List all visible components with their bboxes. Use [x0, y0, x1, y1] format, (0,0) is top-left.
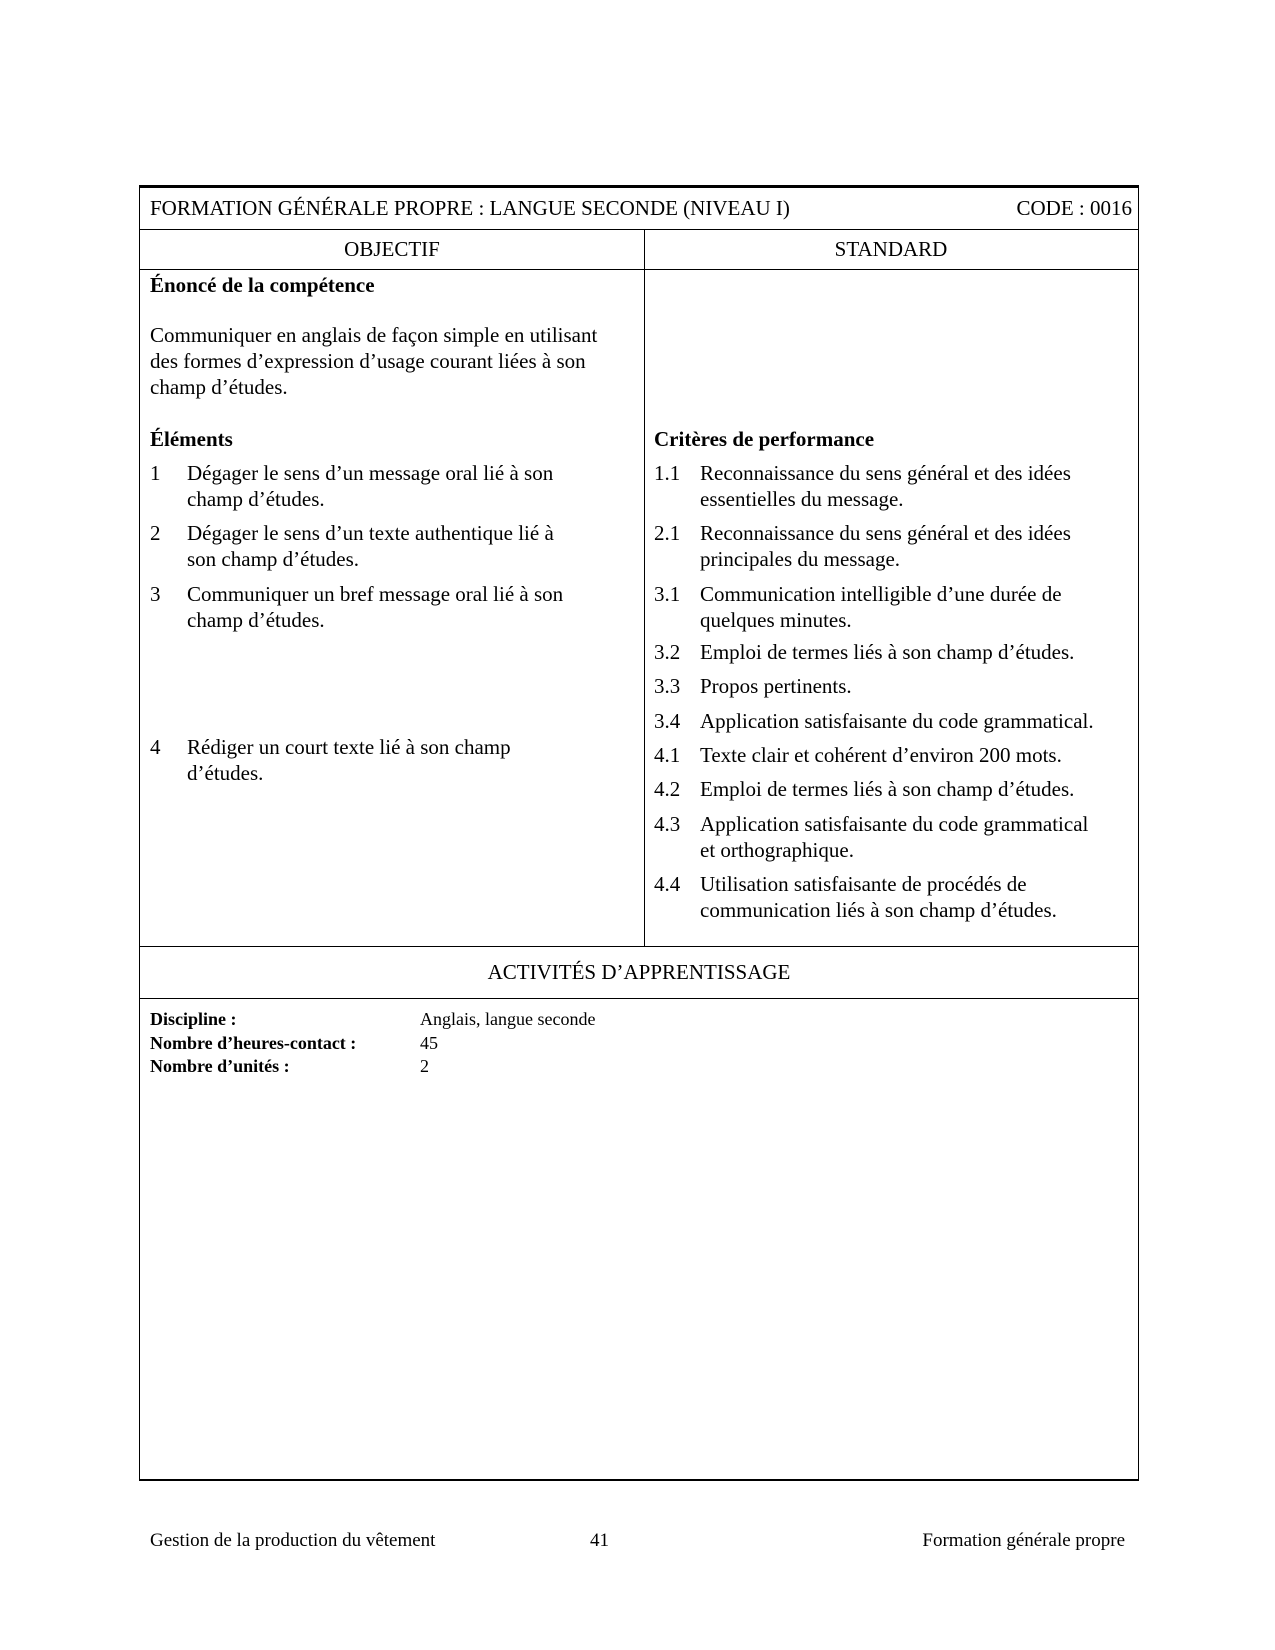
footer-right: Formation générale propre	[922, 1530, 1125, 1552]
criterion-item-line: Communication intelligible d’une durée d…	[700, 581, 1062, 607]
criterion-item-number: 3.3	[654, 673, 680, 699]
criterion-item-number: 3.2	[654, 639, 680, 665]
element-item-line: son champ d’études.	[187, 546, 554, 572]
criterion-item-number: 2.1	[654, 520, 680, 546]
criterion-item-text: Emploi de termes liés à son champ d’étud…	[700, 639, 1074, 665]
criteria-heading: Critères de performance	[654, 426, 874, 452]
criterion-item-line: principales du message.	[700, 546, 1071, 572]
divider	[140, 946, 1138, 947]
criterion-item-text: Application satisfaisante du code gramma…	[700, 811, 1088, 863]
criterion-item-line: Utilisation satisfaisante de procédés de	[700, 871, 1057, 897]
title-row: FORMATION GÉNÉRALE PROPRE : LANGUE SECON…	[140, 188, 1138, 230]
criterion-item-number: 4.3	[654, 811, 680, 837]
column-headers: OBJECTIF STANDARD	[140, 229, 1138, 270]
criterion-item-text: Utilisation satisfaisante de procédés de…	[700, 871, 1057, 923]
criterion-item-line: Propos pertinents.	[700, 673, 852, 699]
info-value: Anglais, langue seconde	[420, 1008, 595, 1032]
criterion-item-text: Emploi de termes liés à son champ d’étud…	[700, 776, 1074, 802]
element-item-text: Dégager le sens d’un texte authentique l…	[187, 520, 554, 572]
element-item-number: 4	[150, 734, 161, 760]
competence-statement: Communiquer en anglais de façon simple e…	[150, 322, 597, 400]
criterion-item-line: Application satisfaisante du code gramma…	[700, 811, 1088, 837]
criterion-item-line: Emploi de termes liés à son champ d’étud…	[700, 776, 1074, 802]
element-item-line: Dégager le sens d’un texte authentique l…	[187, 520, 554, 546]
element-item-line: Communiquer un bref message oral lié à s…	[187, 581, 563, 607]
element-item-number: 1	[150, 460, 161, 486]
element-item-text: Rédiger un court texte lié à son champd’…	[187, 734, 511, 786]
criterion-item-number: 4.2	[654, 776, 680, 802]
criterion-item-number: 4.4	[654, 871, 680, 897]
competence-line: champ d’études.	[150, 374, 597, 400]
table-title: FORMATION GÉNÉRALE PROPRE : LANGUE SECON…	[150, 196, 790, 221]
info-value: 2	[420, 1055, 429, 1079]
competence-heading: Énoncé de la compétence	[150, 272, 375, 298]
element-item-line: champ d’études.	[187, 607, 563, 633]
criterion-item-text: Texte clair et cohérent d’environ 200 mo…	[700, 742, 1062, 768]
criterion-item-number: 4.1	[654, 742, 680, 768]
competence-line: Communiquer en anglais de façon simple e…	[150, 322, 597, 348]
element-item-line: Rédiger un court texte lié à son champ	[187, 734, 511, 760]
column-header-standard: STANDARD	[644, 237, 1138, 262]
element-item-line: d’études.	[187, 760, 511, 786]
criterion-item-text: Application satisfaisante du code gramma…	[700, 708, 1094, 734]
criterion-item-line: et orthographique.	[700, 837, 1088, 863]
course-code: CODE : 0016	[1017, 196, 1133, 221]
criterion-item-line: Texte clair et cohérent d’environ 200 mo…	[700, 742, 1062, 768]
element-item-line: champ d’études.	[187, 486, 553, 512]
competence-line: des formes d’expression d’usage courant …	[150, 348, 597, 374]
element-item-line: Dégager le sens d’un message oral lié à …	[187, 460, 553, 486]
criterion-item-text: Reconnaissance du sens général et des id…	[700, 520, 1071, 572]
info-value: 45	[420, 1032, 438, 1056]
page-number: 41	[590, 1530, 609, 1552]
criterion-item-line: communication liés à son champ d’études.	[700, 897, 1057, 923]
element-item-text: Dégager le sens d’un message oral lié à …	[187, 460, 553, 512]
divider	[140, 998, 1138, 999]
column-header-objectif: OBJECTIF	[140, 237, 644, 262]
competency-table: FORMATION GÉNÉRALE PROPRE : LANGUE SECON…	[139, 185, 1139, 1481]
criterion-item-text: Propos pertinents.	[700, 673, 852, 699]
criterion-item-line: Reconnaissance du sens général et des id…	[700, 460, 1071, 486]
criterion-item-line: Reconnaissance du sens général et des id…	[700, 520, 1071, 546]
element-item-text: Communiquer un bref message oral lié à s…	[187, 581, 563, 633]
criterion-item-number: 1.1	[654, 460, 680, 486]
element-item-number: 2	[150, 520, 161, 546]
activities-title: ACTIVITÉS D’APPRENTISSAGE	[140, 960, 1138, 985]
info-label: Nombre d’heures-contact :	[150, 1032, 356, 1056]
elements-heading: Éléments	[150, 426, 233, 452]
info-label: Discipline :	[150, 1008, 237, 1032]
footer-left: Gestion de la production du vêtement	[150, 1530, 435, 1552]
criterion-item-line: Emploi de termes liés à son champ d’étud…	[700, 639, 1074, 665]
element-item-number: 3	[150, 581, 161, 607]
criterion-item-line: Application satisfaisante du code gramma…	[700, 708, 1094, 734]
criterion-item-number: 3.1	[654, 581, 680, 607]
criterion-item-line: quelques minutes.	[700, 607, 1062, 633]
criterion-item-text: Reconnaissance du sens général et des id…	[700, 460, 1071, 512]
info-label: Nombre d’unités :	[150, 1055, 290, 1079]
column-divider	[644, 229, 645, 946]
criterion-item-text: Communication intelligible d’une durée d…	[700, 581, 1062, 633]
criterion-item-line: essentielles du message.	[700, 486, 1071, 512]
criterion-item-number: 3.4	[654, 708, 680, 734]
